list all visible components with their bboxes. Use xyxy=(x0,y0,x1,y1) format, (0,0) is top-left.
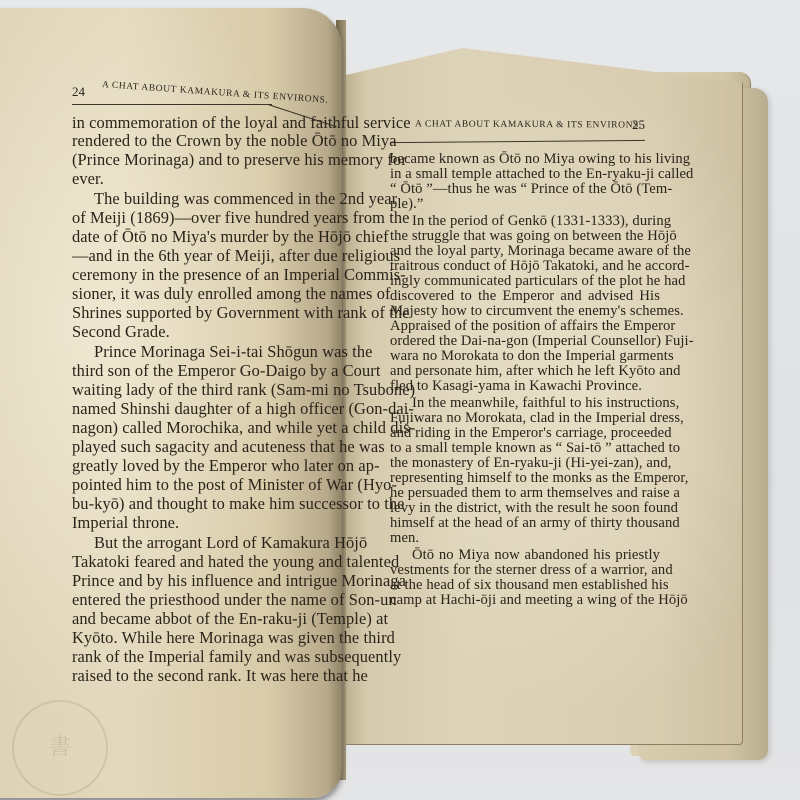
right-page-number: 25 xyxy=(632,117,645,133)
text-line: Imperial throne. xyxy=(72,512,340,534)
library-stamp-watermark: 書 xyxy=(12,700,108,796)
right-running-head: A CHAT ABOUT KAMAKURA & ITS ENVIRONS. xyxy=(415,119,642,130)
book-photo: A CHAT ABOUT KAMAKURA & ITS ENVIRONS. 25… xyxy=(0,0,800,800)
text-line: ever. xyxy=(72,168,340,190)
text-line: camp at Hachi-ōji and meeting a wing of … xyxy=(390,589,660,611)
text-line: Second Grade. xyxy=(72,321,340,343)
text-line: raised to the second rank. It was here t… xyxy=(72,665,340,687)
left-page-number: 24 xyxy=(72,84,85,100)
left-header-rule xyxy=(72,104,272,105)
